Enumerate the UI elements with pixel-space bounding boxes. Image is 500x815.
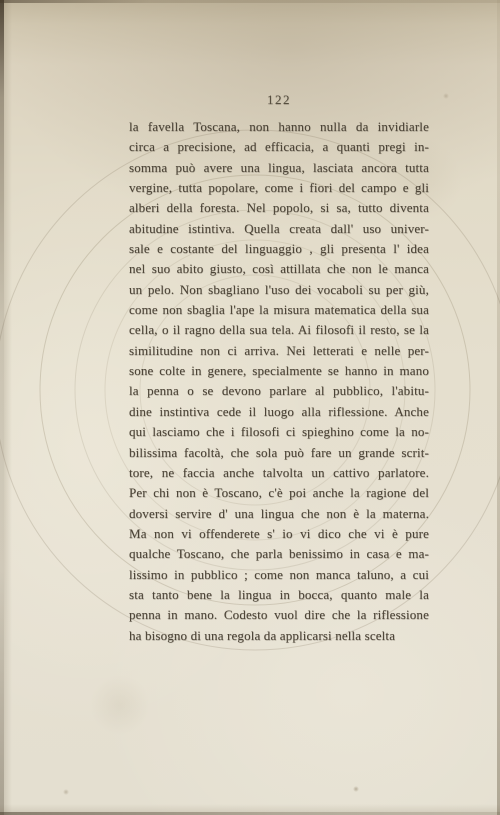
scan-edge-left-soft — [4, 0, 12, 815]
page-number: 122 — [129, 92, 429, 108]
text-line: abitudine istintiva. Quella creata dall'… — [129, 219, 429, 239]
text-line: dine instintiva cede il luogo alla rifle… — [129, 402, 429, 422]
text-line: doversi servire d' una lingua che non è … — [129, 504, 429, 524]
scan-edge-bottom-soft — [0, 804, 500, 812]
text-line: cella, o il ragno della sua tela. Ai fil… — [129, 320, 429, 340]
text-line: Per chi non è Toscano, c'è poi anche la … — [129, 483, 429, 503]
text-line: Ma non vi offenderete s' io vi dico che … — [129, 524, 429, 544]
scan-edge-top — [0, 0, 500, 3]
text-line: la penna o se devono parlare al pubblico… — [129, 381, 429, 401]
text-line: similitudine non ci arriva. Nei letterat… — [129, 341, 429, 361]
text-line: la favella Toscana, non hanno nulla da i… — [129, 117, 429, 137]
text-line: penna in mano. Codesto vuol dire che la … — [129, 605, 429, 625]
text-line: bilissima facoltà, che sola può fare un … — [129, 443, 429, 463]
text-line: ha bisogno di una regola da applicarsi n… — [129, 626, 429, 646]
text-line: tore, ne faccia anche talvolta un cattiv… — [129, 463, 429, 483]
text-line: somma può avere una lingua, lasciata anc… — [129, 158, 429, 178]
text-line: qualche Toscano, che parla benissimo in … — [129, 544, 429, 564]
text-line: nel suo abito giusto, così attillata che… — [129, 259, 429, 279]
text-line: come non sbaglia l'ape la misura matemat… — [129, 300, 429, 320]
text-line: qui lasciamo che i filosofi ci spieghino… — [129, 422, 429, 442]
text-line: un pelo. Non sbagliano l'uso dei vocabol… — [129, 280, 429, 300]
text-line: alberi della foresta. Nel popolo, si sa,… — [129, 198, 429, 218]
scanned-book-page: 122 la favella Toscana, non hanno nulla … — [0, 0, 500, 815]
text-line: lissimo in pubblico ; come non manca tal… — [129, 565, 429, 585]
text-line: circa a precisione, ad efficacia, a quan… — [129, 137, 429, 157]
text-line: sone colte in genere, specialmente se ha… — [129, 361, 429, 381]
scan-edge-left — [0, 0, 4, 815]
text-line: sale e costante del linguaggio , gli pre… — [129, 239, 429, 259]
text-line: vergine, tutta popolare, come i fiori de… — [129, 178, 429, 198]
text-line: sta tanto bene la lingua in bocca, quant… — [129, 585, 429, 605]
text-block: la favella Toscana, non hanno nulla da i… — [129, 117, 429, 646]
